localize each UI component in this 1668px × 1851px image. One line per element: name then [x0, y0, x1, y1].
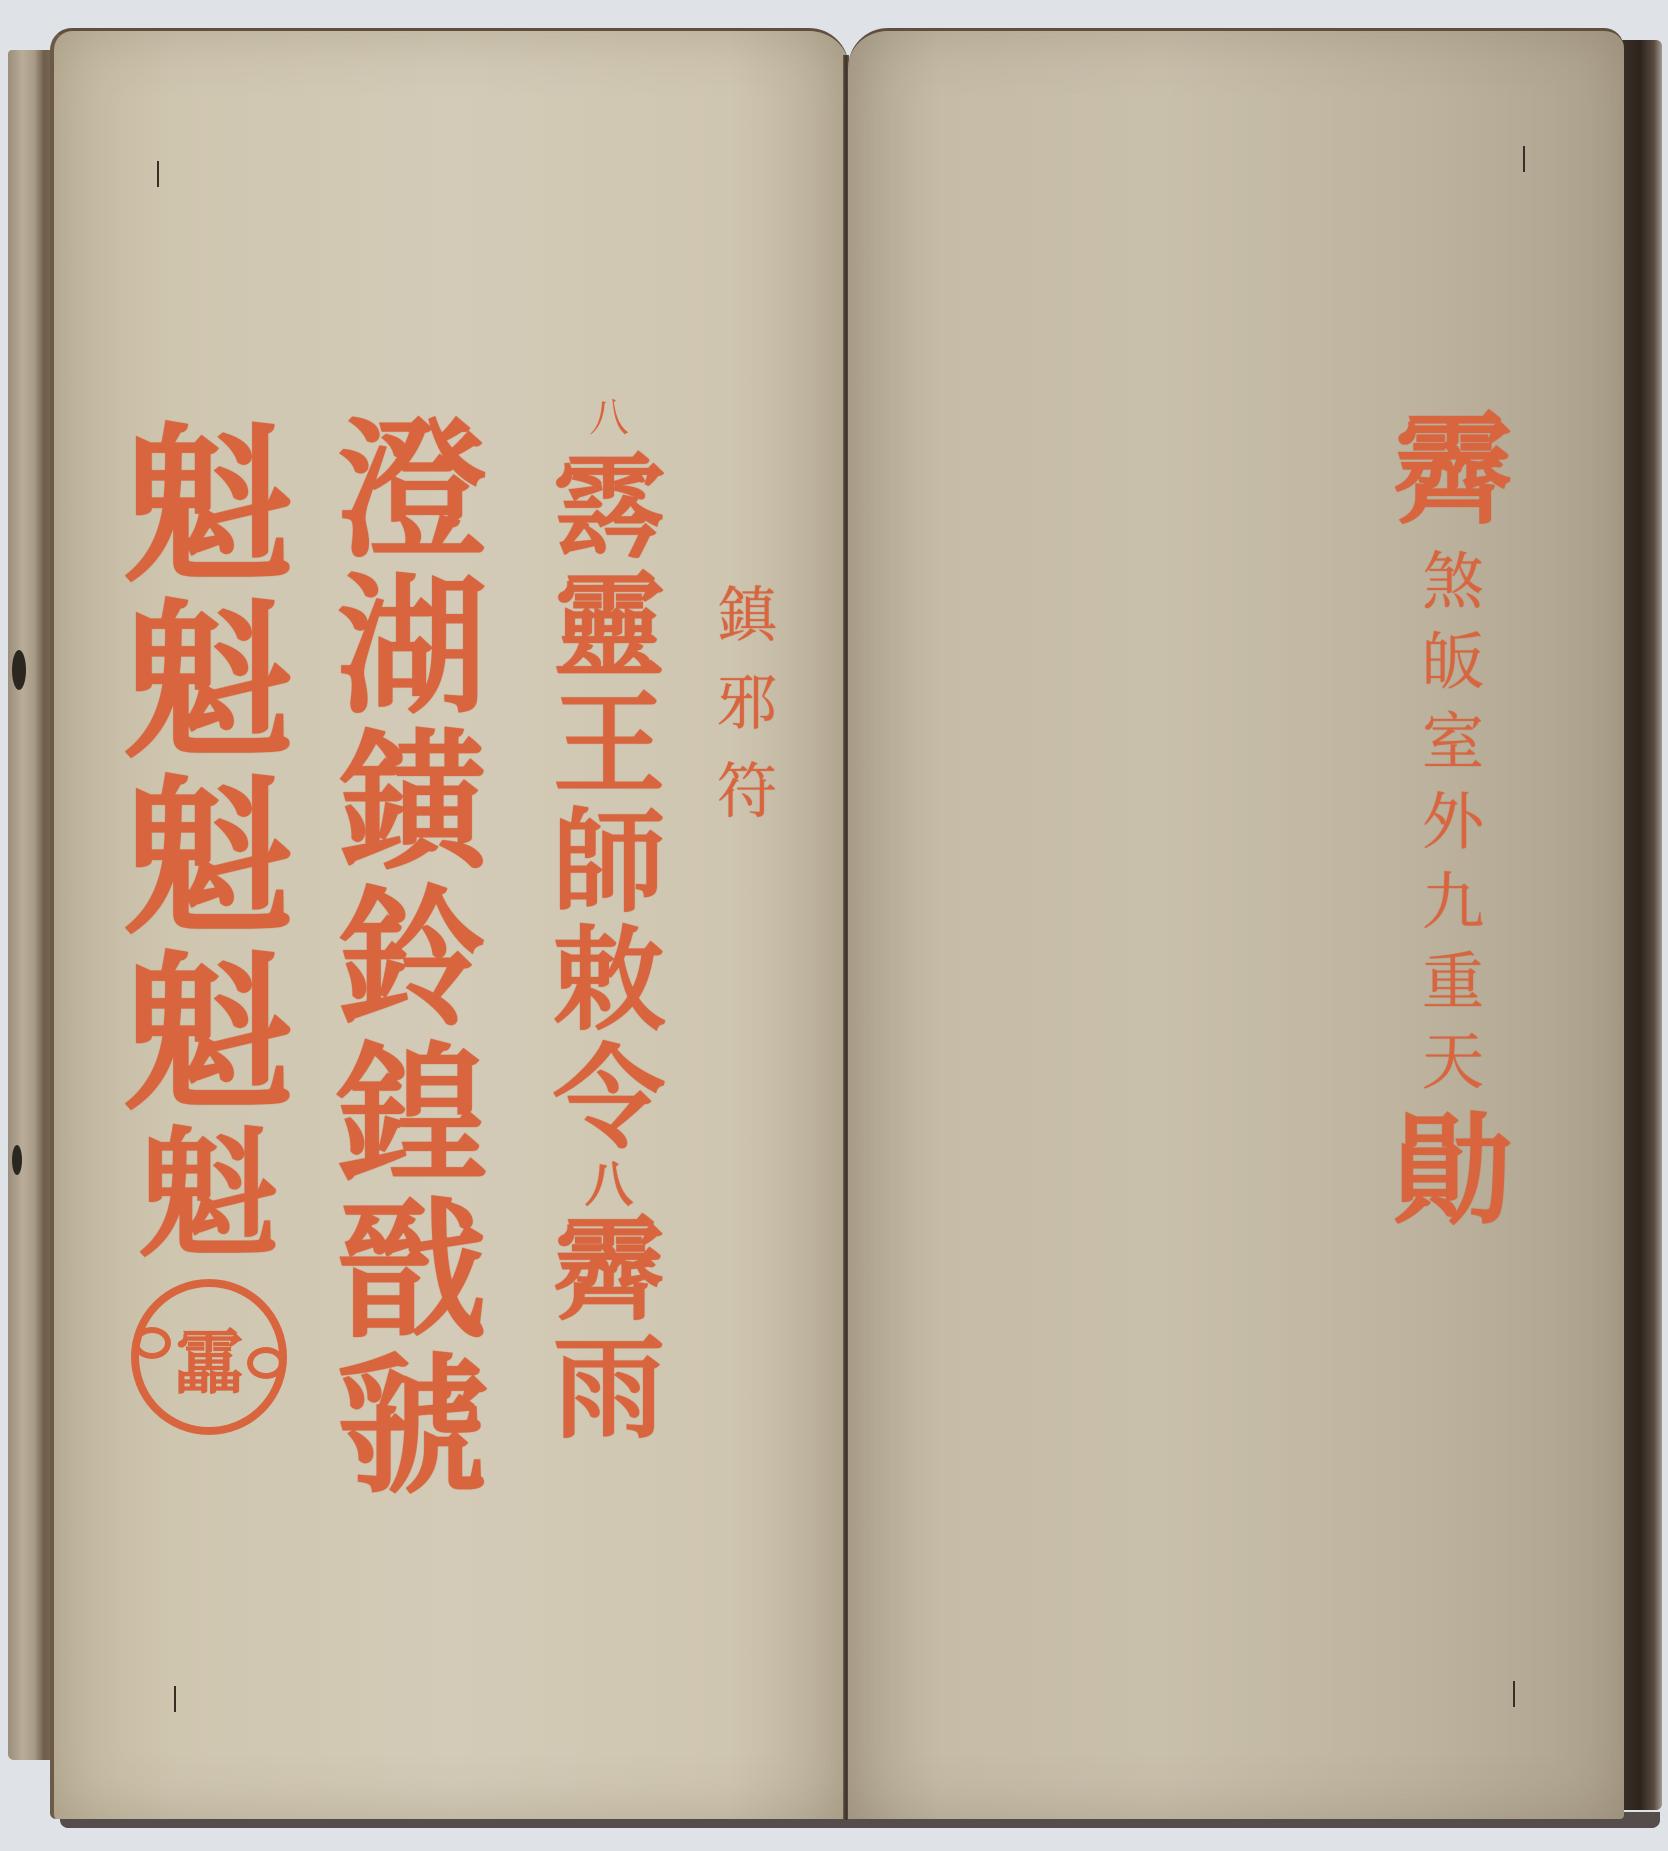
right-page: 霽 煞 皈 室 外 九 重 天 勛	[848, 28, 1624, 1819]
title-char: 符	[717, 762, 777, 822]
ba-marks: 八	[589, 386, 629, 443]
talisman-column-2: 澄 湖 鐄 鈴 鍠 戩 虢	[322, 416, 502, 1508]
talisman-char: 天	[1422, 1031, 1484, 1093]
talisman-char: 敕	[553, 925, 665, 1037]
talisman-char: 王	[553, 689, 665, 801]
talisman-char: 煞	[1422, 551, 1484, 613]
binding-stitch	[174, 1686, 176, 1712]
talisman-char: 湖	[337, 572, 487, 722]
talisman-char: 鍠	[337, 1040, 487, 1190]
talisman-char: 鈴	[337, 884, 487, 1034]
talisman-char: 魁	[124, 773, 294, 943]
talisman-char: 雨	[553, 1333, 665, 1445]
binding-stitch	[157, 161, 159, 187]
talisman-char: 勛	[1393, 1111, 1513, 1231]
talisman-char: 八	[585, 1161, 633, 1209]
talisman-char: 戩	[337, 1196, 487, 1346]
page-tear	[12, 1145, 22, 1175]
talisman-char: 靈	[553, 571, 665, 683]
talisman-char: 虢	[337, 1352, 487, 1502]
title-char: 邪	[717, 674, 777, 734]
talisman-char: 室	[1422, 711, 1484, 773]
talisman-char: 重	[1422, 951, 1484, 1013]
talisman-char: 皈	[1422, 631, 1484, 693]
talisman-column-1: 八 𩃬 靈 王 師 敕 令 八 霽 雨	[529, 386, 689, 1451]
talisman-column-3: 魁 魁 魁 魁 魁 靁	[109, 421, 309, 1435]
talisman-char: 𩃬	[553, 453, 665, 565]
left-page-edges	[8, 50, 56, 1760]
talisman-title: 鎮 邪 符	[702, 586, 792, 850]
talisman-char: 魁	[139, 1125, 279, 1265]
talisman-char: 鐄	[337, 728, 487, 878]
talisman-char: 魁	[124, 421, 294, 591]
talisman-char: 霽	[553, 1215, 665, 1327]
talisman-char: 澄	[337, 416, 487, 566]
talisman-seal-icon: 靁	[131, 1279, 287, 1435]
talisman-char: 魁	[124, 949, 294, 1119]
talisman-char: 令	[553, 1043, 665, 1155]
page-tear	[12, 650, 26, 690]
talisman-column-right: 霽 煞 皈 室 外 九 重 天 勛	[1368, 411, 1538, 1251]
binding-stitch	[1523, 146, 1525, 172]
talisman-char: 師	[553, 807, 665, 919]
right-page-edges	[1622, 40, 1662, 1810]
talisman-char: 霽	[1393, 411, 1513, 531]
talisman-char: 九	[1422, 871, 1484, 933]
binding-stitch	[1513, 1681, 1515, 1707]
title-char: 鎮	[717, 586, 777, 646]
talisman-char: 魁	[124, 597, 294, 767]
open-book: 鎮 邪 符 八 𩃬 靈 王 師 敕 令 八 霽 雨 澄 湖 鐄 鈴 鍠 戩 虢	[0, 0, 1668, 1851]
talisman-char: 外	[1422, 791, 1484, 853]
left-page: 鎮 邪 符 八 𩃬 靈 王 師 敕 令 八 霽 雨 澄 湖 鐄 鈴 鍠 戩 虢	[50, 28, 849, 1819]
